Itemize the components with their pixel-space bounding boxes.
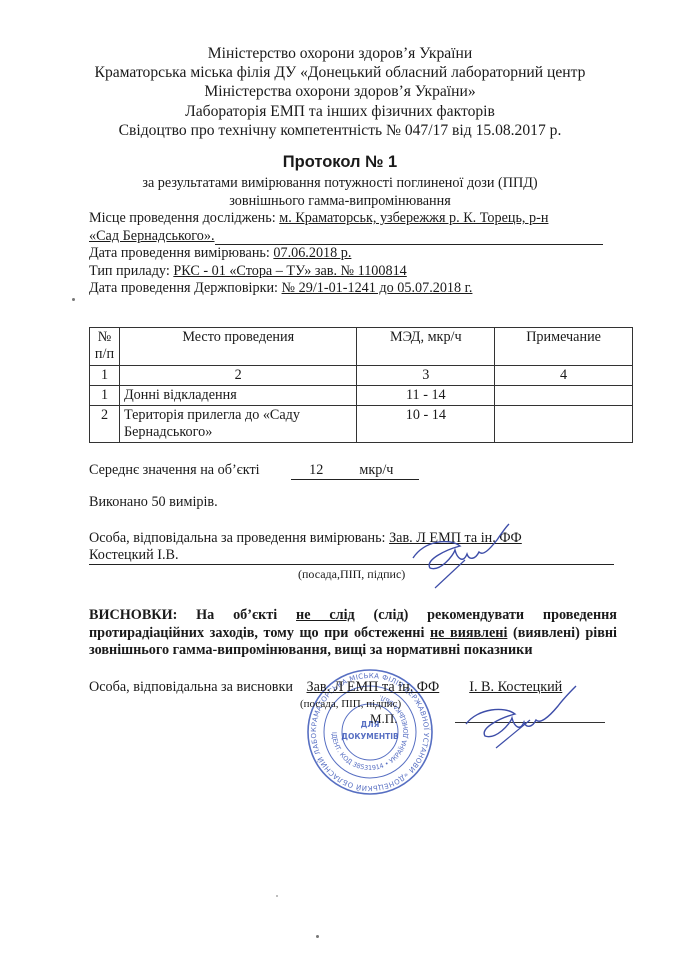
column-number: 3 [357,366,495,386]
scan-speck [276,895,278,897]
average-value: 12 [309,462,323,479]
subtitle-line: за результатами вимірювання потужності п… [60,174,620,192]
table-row: 2 Територія прилегла до «Саду Бернадсько… [90,406,633,443]
header-line: Краматорська міська філія ДУ «Донецький … [60,63,620,82]
row-place: Територія прилегла до «Саду Бернадського… [119,406,357,443]
signature-1 [405,520,515,590]
signature-caption: (посада,ПІП, підпис) [298,567,405,582]
responsible-name: Костецкий І.В. [89,547,614,565]
table-row: 1 Донні відкладення 11 - 14 [90,386,633,406]
date-line: Дата проведення вимірювань: 07.06.2018 р… [89,245,609,263]
verification-value: № 29/1-01-1241 до 05.07.2018 г. [282,280,473,296]
measurements-count: Виконано 50 вимірів. [89,494,218,511]
header-line: Свідоцтво про технічну компетентність № … [60,121,620,140]
date-value: 07.06.2018 р. [273,245,351,261]
blank-fill-line [215,230,603,245]
signature-caption-2: (посада, ПІП, підпис) [300,698,401,710]
scan-speck [72,298,75,301]
scan-speck [316,935,319,938]
location-line-2: «Сад Бернадського». [89,228,609,246]
row-med: 11 - 14 [357,386,495,406]
signature-2 [460,684,580,750]
header-cell: МЭД, мкр/ч [357,328,495,366]
header-cell: Примечание [495,328,633,366]
row-place: Донні відкладення [119,386,357,406]
header-cell: № п/п [90,328,120,366]
protocol-subtitle: за результатами вимірювання потужності п… [60,174,620,210]
subtitle-line: зовнішнього гамма-випромінювання [60,192,620,210]
row-note [495,406,633,443]
row-note [495,386,633,406]
stamp-center-text: ДОКУМЕНТІВ [341,732,399,741]
column-number: 4 [495,366,633,386]
responsible-label: Особа, відповідальна за проведення вимір… [89,530,389,546]
device-value: РКС - 01 «Стора – ТУ» зав. № 1100814 [173,263,406,279]
protocol-title: Протокол № 1 [60,153,620,172]
row-med: 10 - 14 [357,406,495,443]
conclusions-text: На об’єкті [177,607,296,623]
responsible-measurement: Особа, відповідальна за проведення вимір… [89,530,629,565]
average-unit: мкр/ч [359,462,393,479]
average-label: Середнє значення на об’єкті [89,462,260,478]
conclusions: ВИСНОВКИ: На об’єкті не слід (слід) реко… [89,607,617,660]
row-number: 1 [90,386,120,406]
conclusions-not-recommended: не слід [296,607,355,623]
average-value-field: 12мкр/ч [291,462,419,480]
header-line: Міністерства охорони здоров’я України» [60,82,620,101]
column-number: 1 [90,366,120,386]
average-value-line: Середнє значення на об’єкті 12мкр/ч [89,462,419,480]
header-line: Лабораторія ЕМП та інших фізичних фактор… [60,102,620,121]
document-header: Міністерство охорони здоров’я України Кр… [60,44,620,140]
verification-line: Дата проведення Держповірки: № 29/1-01-1… [89,280,609,298]
row-number: 2 [90,406,120,443]
conclusions-label: ВИСНОВКИ: [89,607,177,623]
table-header-row: № п/п Место проведения МЭД, мкр/ч Примеч… [90,328,633,366]
location-value: м. Краматорськ, узбережжя р. К. Торець, … [279,210,548,226]
results-table: № п/п Место проведения МЭД, мкр/ч Примеч… [89,327,633,443]
verification-label: Дата проведення Держповірки: [89,280,282,296]
location-line: Місце проведення досліджень: м. Краматор… [89,210,609,228]
responsible-conclusions-label: Особа, відповідальна за висновки [89,679,293,695]
document-page: Міністерство охорони здоров’я України Кр… [0,0,679,960]
column-number: 2 [119,366,357,386]
header-cell: Место проведения [119,328,357,366]
conclusions-not-detected: не виявлені [430,625,507,641]
protocol-meta: Місце проведення досліджень: м. Краматор… [89,210,609,298]
header-line: Міністерство охорони здоров’я України [60,44,620,63]
device-line: Тип приладу: РКС - 01 «Стора – ТУ» зав. … [89,263,609,281]
column-number-row: 1 2 3 4 [90,366,633,386]
location-value-2: «Сад Бернадського». [89,228,215,244]
device-label: Тип приладу: [89,263,173,279]
location-label: Місце проведення досліджень: [89,210,279,226]
date-label: Дата проведення вимірювань: [89,245,273,261]
seal-mark: М.П. [370,711,397,727]
